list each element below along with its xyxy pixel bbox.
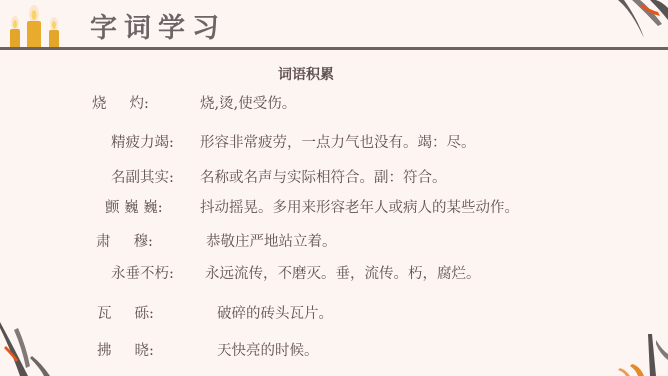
page-title: 字词学习 — [90, 6, 226, 45]
vocab-term: 拂 晓: — [97, 339, 154, 360]
vocab-definition: 破碎的砖头瓦片。 — [217, 302, 333, 323]
vocab-definition: 抖动摇晃。多用来形容老年人或病人的某些动作。 — [200, 196, 519, 217]
vocab-term: 名副其实: — [111, 166, 174, 187]
vocab-definition: 形容非常疲劳，一点力气也没有。竭：尽。 — [200, 131, 476, 152]
vocab-term: 颤 巍 巍: — [105, 196, 163, 217]
ink-painting-decoration-bottom-left — [0, 318, 60, 376]
candles-icon — [6, 3, 62, 49]
vocab-term: 精疲力竭: — [111, 131, 174, 152]
header-divider — [0, 47, 668, 50]
vocab-definition: 恭敬庄严地站立着。 — [206, 230, 337, 251]
vocab-term: 肃 穆: — [96, 230, 153, 251]
vocab-definition: 永远流传，不磨灭。垂，流传。朽，腐烂。 — [205, 262, 481, 283]
vocab-definition: 天快亮的时候。 — [217, 339, 319, 360]
section-title: 词语积累 — [278, 64, 334, 84]
vocab-definition: 名称或名声与实际相符合。副：符合。 — [200, 166, 447, 187]
vocab-term: 永垂不朽: — [111, 262, 174, 283]
vocab-term: 瓦 砾: — [97, 302, 154, 323]
ink-painting-decoration-bottom-right — [610, 330, 668, 376]
vocab-term: 烧 灼: — [92, 92, 149, 113]
ink-painting-decoration-top-right — [610, 0, 668, 48]
vocab-definition: 烧,烫,使受伤。 — [200, 92, 296, 113]
